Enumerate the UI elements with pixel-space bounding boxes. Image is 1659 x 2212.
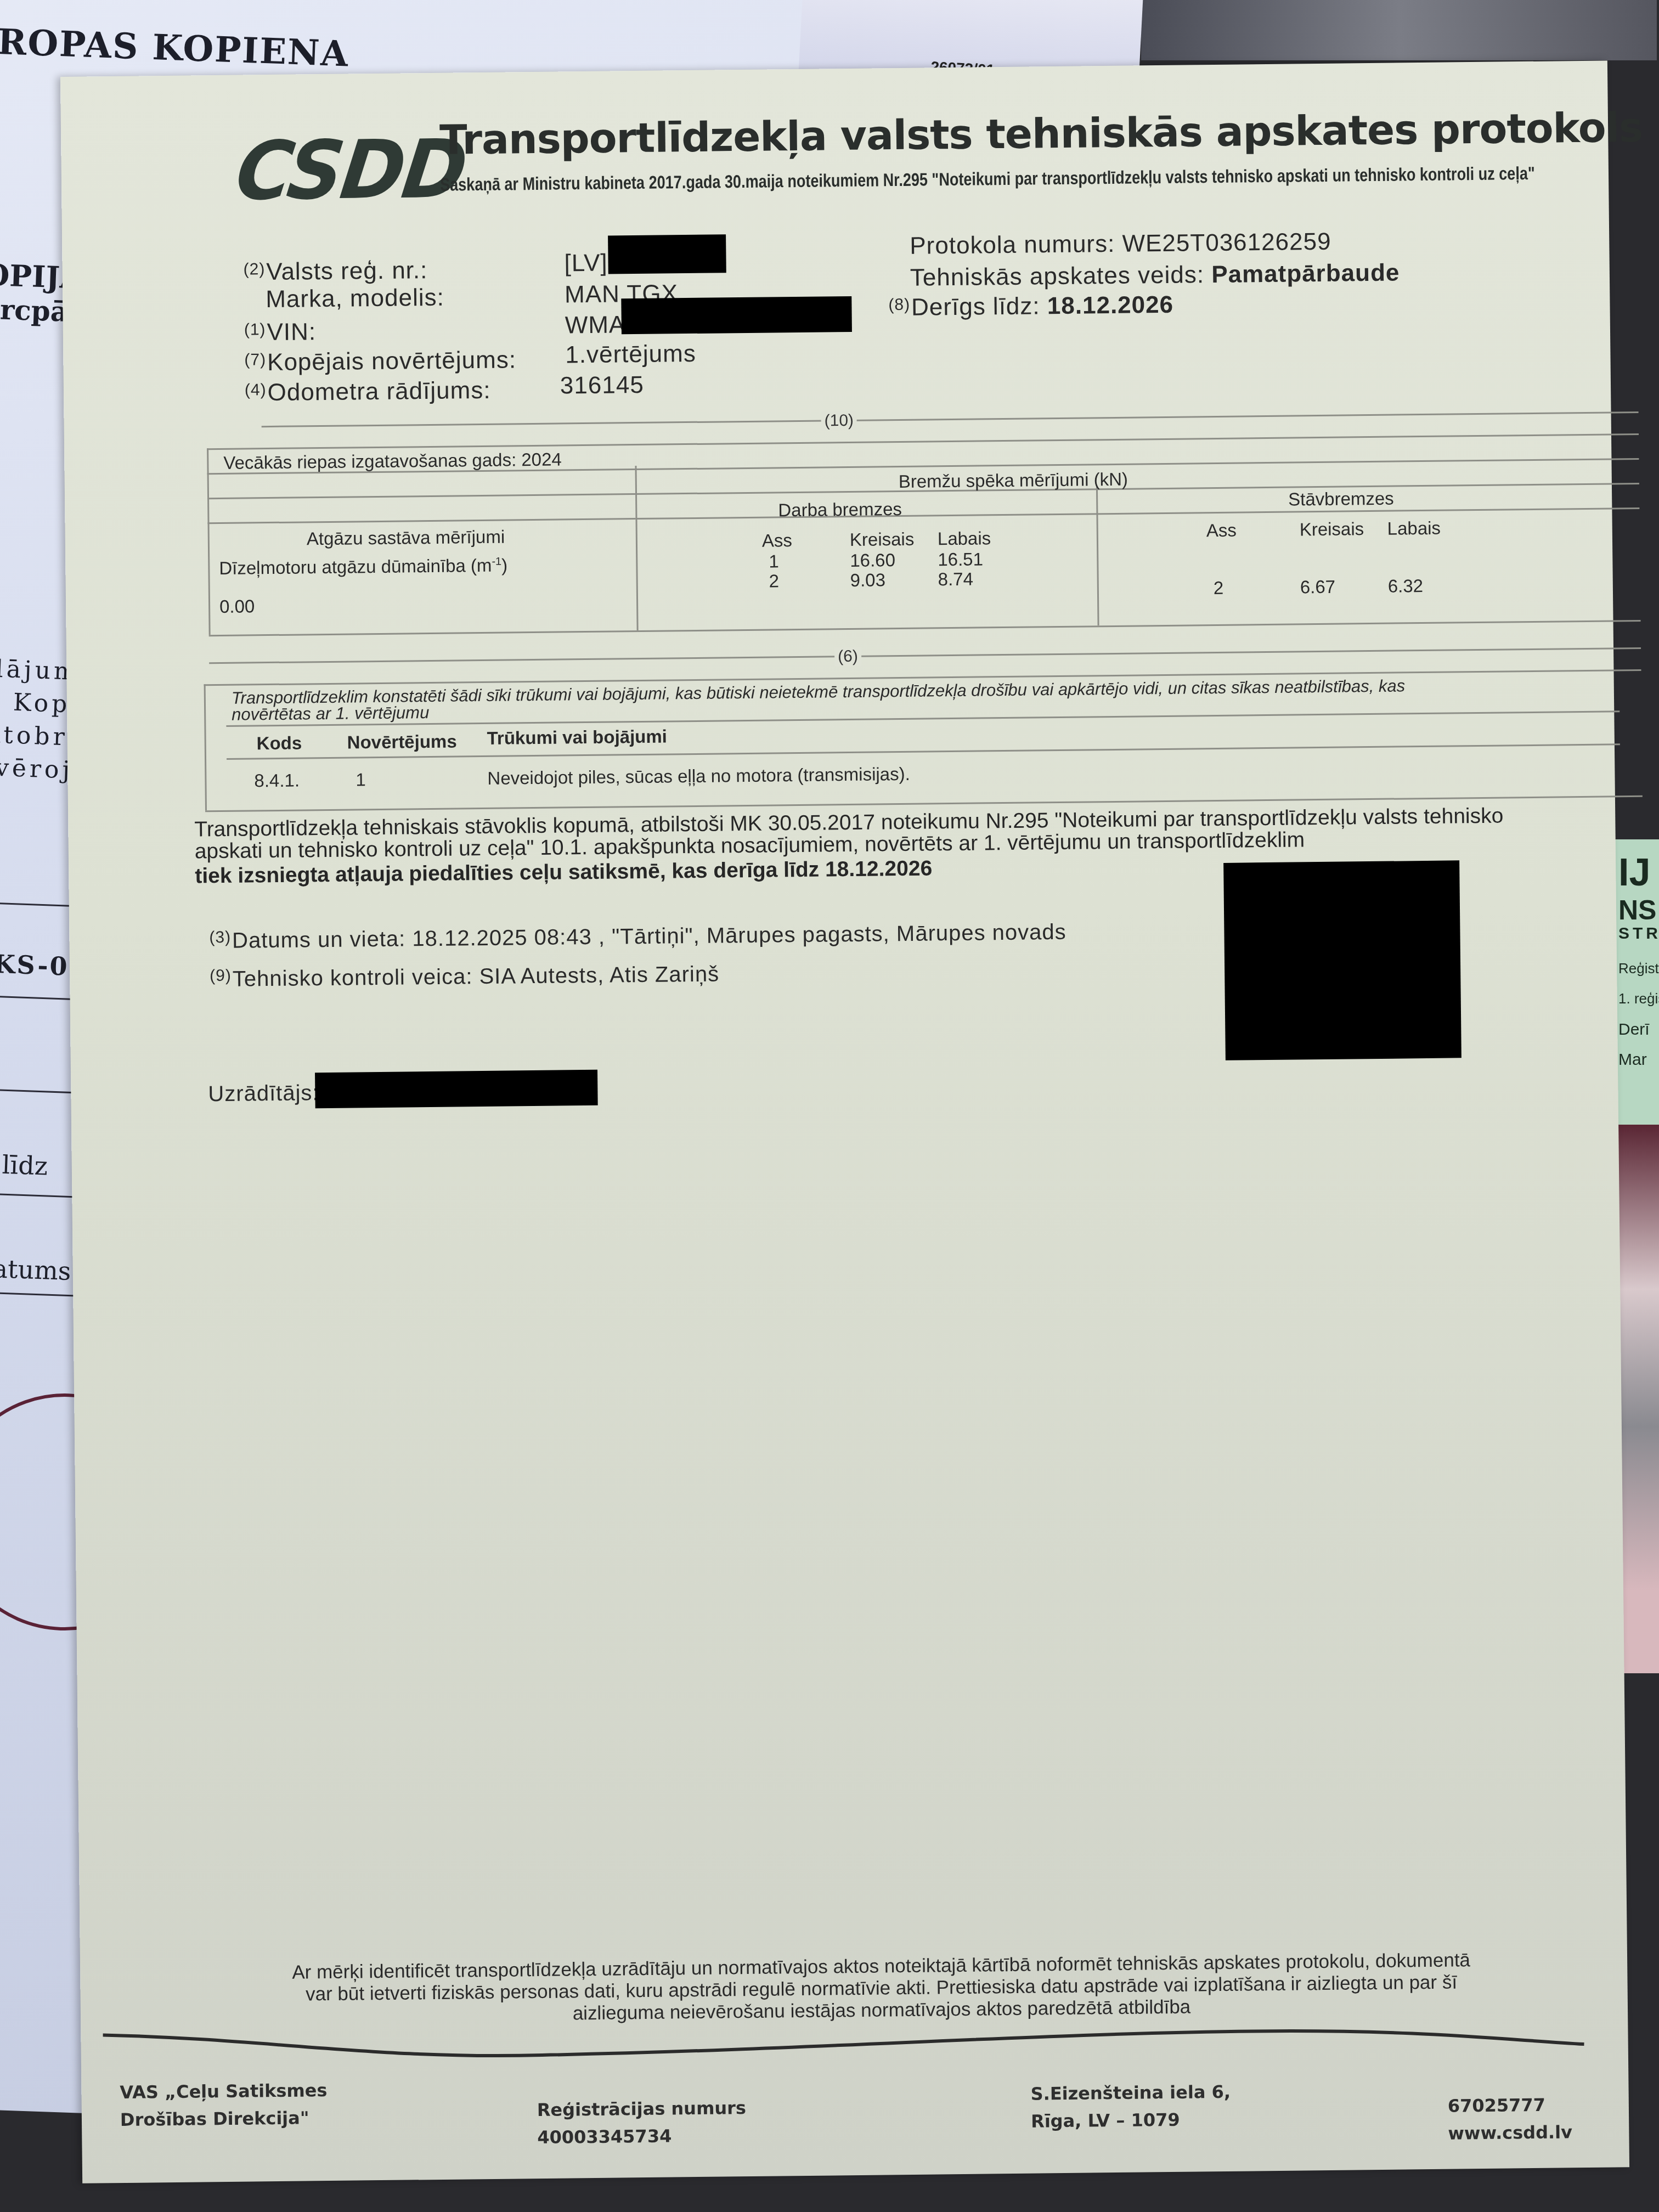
section-marker-10: (10) <box>821 411 857 431</box>
vin-value: WMA <box>565 311 626 339</box>
bg-doc-field-date: datums <box>0 1253 71 1286</box>
brake-col-header: Ass <box>1206 520 1237 541</box>
brake-cell: 8.74 <box>938 569 973 590</box>
brake-col-header: Kreisais <box>1300 518 1364 540</box>
inspector: (9)Tehnisko kontroli veica: SIA Autests,… <box>210 962 719 992</box>
parking-brake-header: Stāvbremzes <box>1288 488 1394 510</box>
section-marker-6: (6) <box>834 647 861 667</box>
redacted-reg-number <box>608 234 726 274</box>
document-subtitle: Saskaņā ar Ministru kabineta 2017.gada 3… <box>440 163 1535 195</box>
brake-col-header: Kreisais <box>850 529 915 550</box>
brake-cell: 16.60 <box>850 550 895 571</box>
footer-contacts: 67025777 www.csdd.lv <box>1448 2091 1573 2147</box>
reg-number-label: (2)Valsts reģ. nr.: <box>243 257 427 286</box>
defects-col-code: Kods <box>257 732 302 754</box>
brake-col-header: Ass <box>762 530 792 551</box>
reg-number-value: [LV] <box>564 250 608 278</box>
website-link[interactable]: www.csdd.lv <box>1448 2118 1572 2147</box>
brake-cell: 16.51 <box>938 549 983 570</box>
emissions-header: Atgāzu sastāva mērījumi <box>307 527 505 550</box>
defects-intro-line-2: novērtētas ar 1. vērtējumu <box>232 703 429 725</box>
brake-cell: 1 <box>769 551 779 572</box>
document-title: Transportlīdzekļa valsts tehniskās apska… <box>439 104 1643 164</box>
brake-col-header: Labais <box>938 528 991 549</box>
brake-cell: 2 <box>769 571 780 591</box>
inspection-date-place: (3)Datums un vieta: 18.12.2025 08:43 , "… <box>209 919 1066 953</box>
bg-doc-field-until: līdz <box>2 1150 48 1181</box>
overall-rating-value: 1.vērtējums <box>565 340 696 369</box>
brake-measurements-header: Bremžu spēka mērījumi (kN) <box>899 469 1128 492</box>
overall-rating-label: (7)Kopējais novērtējums: <box>244 346 516 376</box>
odometer-value: 316145 <box>560 371 644 400</box>
redacted-signature-stamp <box>1223 860 1462 1060</box>
brake-col-header: Labais <box>1387 518 1441 539</box>
defect-cell: Neveidojot piles, sūcas eļļa no motora (… <box>487 764 910 789</box>
oldest-tyre-year: Vecākās riepas izgatavošanas gads: 2024 <box>223 449 562 473</box>
emissions-value: 0.00 <box>219 596 255 617</box>
defect-cell: 1 <box>356 769 366 790</box>
protocol-number: Protokola numurs: WE25T036126259 <box>910 228 1331 260</box>
brake-cell: 9.03 <box>850 569 885 591</box>
defect-cell: 8.4.1. <box>254 770 300 792</box>
brake-cell: 2 <box>1214 578 1224 599</box>
inspection-type: Tehniskās apskates veids: Pamatpārbaude <box>910 259 1400 291</box>
defects-col-description: Trūkumi vai bojājumi <box>487 726 667 748</box>
background-green-card: IJ NS STR Reģistr 1. reģis Derī Mar <box>1613 839 1659 1125</box>
redacted-presenter-name <box>315 1070 598 1108</box>
footer-address: S.Eizenšteina iela 6, Rīga, LV – 1079 <box>1030 2078 1231 2135</box>
bg-doc-title: ROPAS KOPIENA <box>0 21 349 75</box>
vin-label: (1)VIN: <box>244 318 317 346</box>
redacted-vin <box>621 296 852 334</box>
footer-registration: Reģistrācijas numurs 40003345734 <box>537 2094 747 2151</box>
inspection-protocol-document: CSDD Transportlīdzekļa valsts tehniskās … <box>60 60 1629 2183</box>
background-plastic-sleeve <box>1141 0 1657 60</box>
emissions-label: Dīzeļmotoru atgāzu dūmainība (m-1) <box>219 555 507 579</box>
presenter-label: Uzrādītājs: <box>208 1081 319 1107</box>
make-model-label: Marka, modelis: <box>266 284 444 313</box>
conclusion-permission: tiek izsniegta atļauja piedalīties ceļu … <box>195 857 932 887</box>
brake-cell: 6.67 <box>1300 577 1336 598</box>
valid-until: (8)Derīgs līdz: 18.12.2026 <box>888 291 1173 321</box>
brake-cell: 6.32 <box>1388 575 1424 597</box>
defects-col-rating: Novērtējums <box>347 731 457 753</box>
footer-organization: VAS „Ceļu Satiksmes Drošības Direkcija" <box>120 2076 328 2134</box>
csdd-logo: CSDD <box>231 122 471 219</box>
odometer-label: (4)Odometra rādījums: <box>245 377 491 407</box>
service-brake-header: Darba bremzes <box>778 499 902 521</box>
